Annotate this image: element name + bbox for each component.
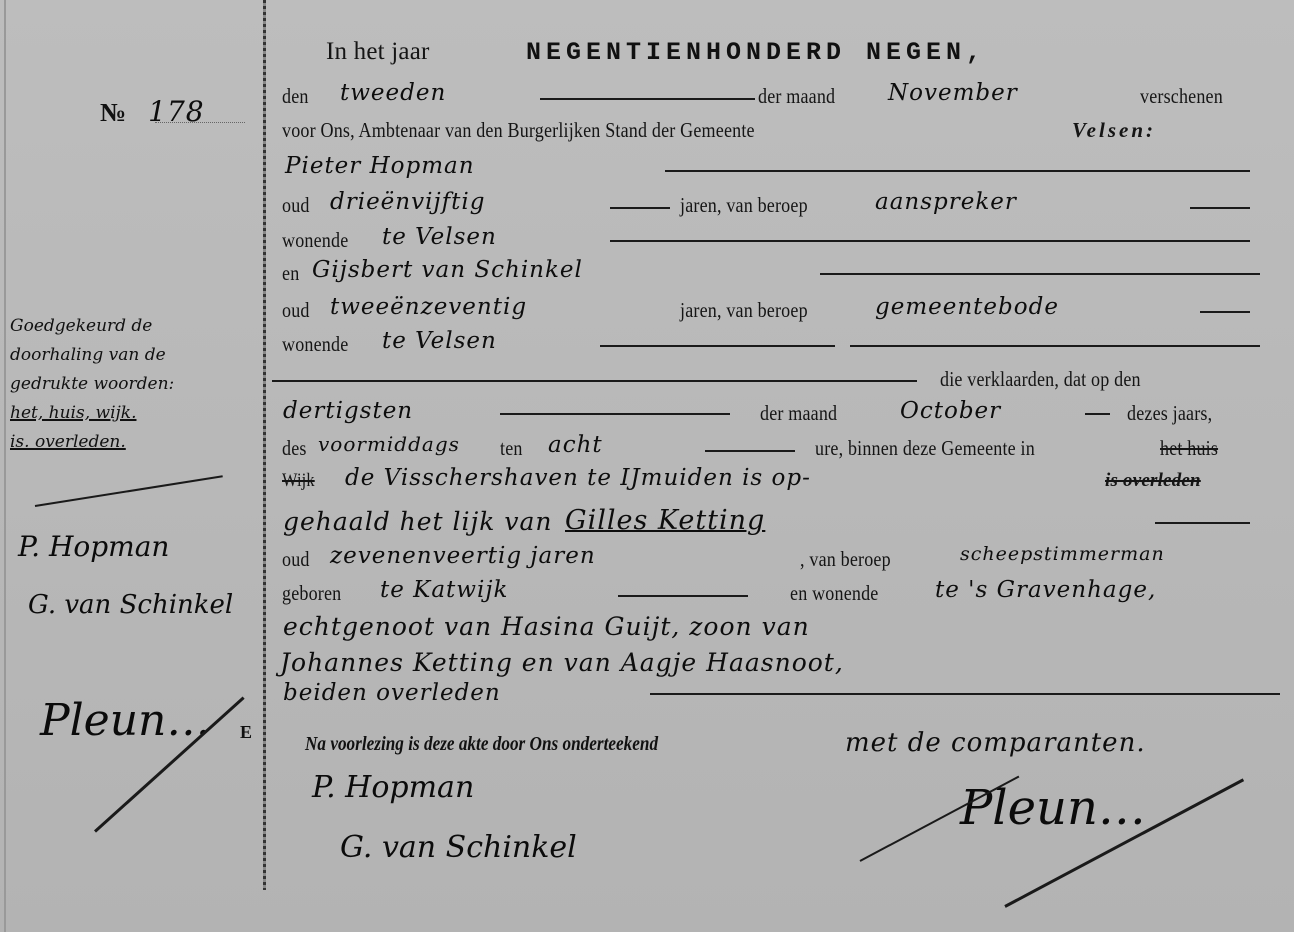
fill-rule xyxy=(1200,311,1250,313)
label-jaren-beroep: jaren, van beroep xyxy=(680,298,808,323)
found-text: gehaald het lijk van xyxy=(283,507,553,536)
label-oud: oud xyxy=(282,547,310,572)
label-van-beroep: , van beroep xyxy=(800,547,891,572)
label-en: en xyxy=(282,261,299,286)
label-jaren-beroep: jaren, van beroep xyxy=(680,193,808,218)
death-month: October xyxy=(900,398,1001,424)
time-part: voormiddags xyxy=(318,432,460,456)
fill-rule xyxy=(1085,413,1110,415)
parents-line: Johannes Ketting en van Aagje Haasnoot, xyxy=(280,648,844,677)
fill-rule xyxy=(1190,207,1250,209)
fill-rule xyxy=(618,595,748,597)
deceased-occupation: scheepstimmerman xyxy=(960,543,1165,565)
day-value: tweeden xyxy=(340,80,446,106)
page-edge xyxy=(4,0,6,932)
fill-rule xyxy=(500,413,730,415)
month-value: November xyxy=(888,80,1018,106)
label-en-wonende: en wonende xyxy=(790,581,878,606)
record-number: № 178 xyxy=(100,95,205,128)
margin-separator xyxy=(263,0,266,890)
fill-rule xyxy=(610,240,1250,242)
witness2-occupation: gemeentebode xyxy=(875,294,1059,320)
death-day: dertigsten xyxy=(283,398,413,424)
label-oud: oud xyxy=(282,298,310,323)
fill-rule xyxy=(600,345,835,347)
header-year: NEGENTIENHONDERD NEGEN, xyxy=(526,38,986,67)
margin-note-line: gedrukte woorden: xyxy=(10,370,174,399)
label-oud: oud xyxy=(282,193,310,218)
witness1-age: drieënvijftig xyxy=(330,189,485,215)
margin-note-line: doorhaling van de xyxy=(10,341,174,370)
label-ten: ten xyxy=(500,436,523,461)
signature-official: Pleun… xyxy=(960,780,1146,836)
label-wonende: wonende xyxy=(282,332,348,357)
deceased-name: Gilles Ketting xyxy=(565,505,765,536)
witness1-residence: te Velsen xyxy=(382,224,497,250)
fill-rule xyxy=(1155,522,1250,524)
number-sign: № xyxy=(100,98,126,127)
parents-status: beiden overleden xyxy=(283,680,501,706)
signature-witness1: P. Hopman xyxy=(312,770,474,805)
label-dezes-jaars: dezes jaars, xyxy=(1127,401,1212,426)
fill-rule xyxy=(820,273,1260,275)
witness2-age: tweeënzeventig xyxy=(330,294,527,320)
margin-note-line: Goedgekeurd de xyxy=(10,312,174,341)
margin-signature-witness2: G. van Schinkel xyxy=(28,590,233,620)
witness2-residence: te Velsen xyxy=(382,328,497,354)
struck-het-huis: het huis xyxy=(1160,436,1218,461)
dotted-rule xyxy=(155,122,245,123)
struck-is-overleden: is overleden xyxy=(1105,470,1201,492)
birthplace: te Katwijk xyxy=(380,577,508,603)
margin-signature-official: Pleun… xyxy=(40,695,210,746)
place-of-death: de Visschershaven te IJmuiden is op- xyxy=(345,465,811,491)
margin-note-line: is. overleden. xyxy=(10,428,174,457)
witness2-name: Gijsbert van Schinkel xyxy=(312,257,583,283)
label-verschenen: verschenen xyxy=(1140,84,1223,109)
label-den: den xyxy=(282,84,309,109)
signature-witness2: G. van Schinkel xyxy=(340,830,577,865)
fill-rule xyxy=(665,170,1250,172)
label-des: des xyxy=(282,436,307,461)
record-number-value: 178 xyxy=(148,95,204,128)
municipality: Velsen: xyxy=(1072,118,1156,143)
header-intro: In het jaar xyxy=(326,38,430,66)
deceased-age: zevenenveertig jaren xyxy=(330,543,596,569)
witness1-name: Pieter Hopman xyxy=(285,153,475,179)
label-ure: ure, binnen deze Gemeente in xyxy=(815,436,1035,461)
closing-printed: Na voorlezing is deze akte door Ons onde… xyxy=(305,733,658,756)
label-geboren: geboren xyxy=(282,581,341,606)
margin-note-line: het, huis, wijk. xyxy=(10,399,174,428)
margin-stroke xyxy=(35,475,223,507)
official-text: voor Ons, Ambtenaar van den Burgerlijken… xyxy=(282,118,755,143)
fill-rule xyxy=(610,207,670,209)
label-wonende: wonende xyxy=(282,228,348,253)
fill-rule xyxy=(650,693,1280,695)
closing-hand: met de comparanten. xyxy=(845,728,1146,758)
document-page: № 178 In het jaar NEGENTIENHONDERD NEGEN… xyxy=(0,0,1294,932)
label-der-maand: der maand xyxy=(760,401,837,426)
struck-wijk: Wijk xyxy=(282,470,315,492)
margin-note: Goedgekeurd de doorhaling van de gedrukt… xyxy=(10,312,174,457)
fill-rule xyxy=(540,98,755,100)
time-hour: acht xyxy=(548,432,603,458)
fill-rule xyxy=(705,450,795,452)
fill-rule xyxy=(850,345,1260,347)
margin-mark: E xyxy=(240,722,252,743)
fill-rule xyxy=(272,380,917,382)
spouse-line: echtgenoot van Hasina Guijt, zoon van xyxy=(283,612,810,641)
margin-signature-witness1: P. Hopman xyxy=(18,530,169,563)
label-der-maand: der maand xyxy=(758,84,835,109)
declared-text: die verklaarden, dat op den xyxy=(940,367,1141,392)
deceased-residence: te 's Gravenhage, xyxy=(935,577,1156,603)
witness1-occupation: aanspreker xyxy=(875,189,1017,215)
